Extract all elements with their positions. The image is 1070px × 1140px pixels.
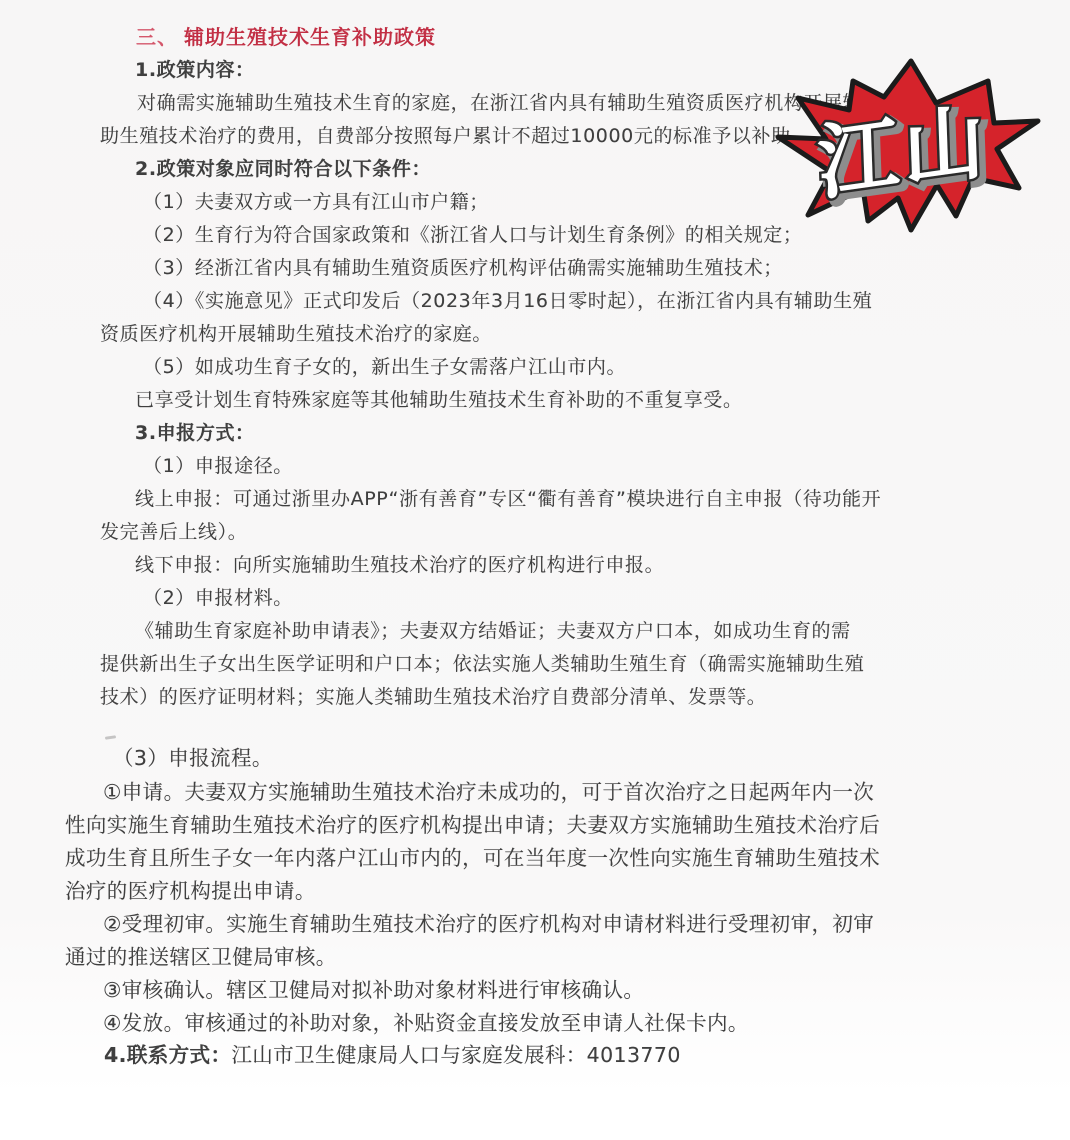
process-step-1: ①申请。夫妻双方实施辅助生殖技术治疗未成功的，可于首次治疗之日起两年内一次 bbox=[103, 781, 874, 805]
process-step-3: ③审核确认。辖区卫健局对拟补助对象材料进行审核确认。 bbox=[103, 979, 644, 1003]
condition-item-4-wrap: 资质医疗机构开展辅助生殖技术治疗的家庭。 bbox=[100, 324, 492, 346]
note-no-duplicate: 已享受计划生育特殊家庭等其他辅助生殖技术生育补助的不重复享受。 bbox=[135, 390, 743, 412]
section-title-text: 辅助生殖技术生育补助政策 bbox=[184, 25, 436, 49]
online-application-line: 线上申报：可通过浙里办APP“浙有善育”专区“衢有善育”模块进行自主申报（待功能… bbox=[135, 489, 881, 511]
heading-policy-content: 1.政策内容： bbox=[135, 60, 255, 82]
process-step-2-wrap: 通过的推送辖区卫健局审核。 bbox=[65, 946, 337, 970]
condition-item-5: （5）如成功生育子女的，新出生子女需落户江山市内。 bbox=[143, 357, 626, 379]
section-title: 三、辅助生殖技术生育补助政策 bbox=[136, 26, 436, 49]
materials-line-1: 《辅助生育家庭补助申请表》；夫妻双方结婚证；夫妻双方户口本，如成功生育的需 bbox=[135, 621, 851, 643]
condition-item-2: （2）生育行为符合国家政策和《浙江省人口与计划生育条例》的相关规定； bbox=[143, 225, 803, 247]
contact-label: 4.联系方式： bbox=[104, 1043, 231, 1067]
section-title-number: 三、 bbox=[136, 25, 178, 49]
online-application-wrap: 发完善后上线）。 bbox=[100, 522, 247, 544]
condition-item-3: （3）经浙江省内具有辅助生殖资质医疗机构评估确需实施辅助生殖技术； bbox=[143, 258, 783, 280]
jiangshan-stamp: 江山 江山 bbox=[768, 48, 1060, 250]
condition-item-1: （1）夫妻双方或一方具有江山市户籍； bbox=[143, 192, 489, 214]
process-step-4: ④发放。审核通过的补助对象，补贴资金直接发放至申请人社保卡内。 bbox=[103, 1012, 749, 1036]
heading-application-method: 3.申报方式： bbox=[135, 423, 255, 445]
document-page: 三、辅助生殖技术生育补助政策 1.政策内容： 对确需实施辅助生殖技术生育的家庭，… bbox=[0, 0, 1070, 1140]
paragraph-line: 对确需实施辅助生殖技术生育的家庭，在浙江省内具有辅助生殖资质医疗机构开展辅 bbox=[137, 93, 862, 115]
process-step-1-wrap-a: 性向实施生育辅助生殖技术治疗的医疗机构提出申请；夫妻双方实施辅助生殖技术治疗后 bbox=[65, 814, 880, 838]
offline-application-line: 线下申报：向所实施辅助生殖技术治疗的医疗机构进行申报。 bbox=[135, 555, 664, 577]
contact-value: 江山市卫生健康局人口与家庭发展科：4013770 bbox=[231, 1043, 680, 1067]
materials-line-2: 提供新出生子女出生医学证明和户口本；依法实施人类辅助生殖生育（确需实施辅助生殖 bbox=[100, 654, 864, 676]
process-step-1-wrap-c: 治疗的医疗机构提出申请。 bbox=[65, 880, 316, 904]
application-route-heading: （1）申报途径。 bbox=[143, 456, 293, 478]
application-materials-heading: （2）申报材料。 bbox=[143, 588, 293, 610]
materials-line-3: 技术）的医疗证明材料；实施人类辅助生殖技术治疗自费部分清单、发票等。 bbox=[100, 687, 766, 709]
contact-line: 4.联系方式：江山市卫生健康局人口与家庭发展科：4013770 bbox=[104, 1044, 681, 1068]
heading-policy-target: 2.政策对象应同时符合以下条件： bbox=[135, 159, 431, 181]
condition-item-4: （4）《实施意见》正式印发后（2023年3月16日零时起），在浙江省内具有辅助生… bbox=[143, 291, 872, 313]
scan-artifact bbox=[105, 735, 116, 740]
application-process-heading: （3）申报流程。 bbox=[113, 747, 273, 771]
process-step-1-wrap-b: 成功生育且所生子女一年内落户江山市内的，可在当年度一次性向实施生育辅助生殖技术 bbox=[65, 847, 880, 871]
process-step-2: ②受理初审。实施生育辅助生殖技术治疗的医疗机构对申请材料进行受理初审，初审 bbox=[103, 913, 874, 937]
paragraph-line: 助生殖技术治疗的费用，自费部分按照每户累计不超过10000元的标准予以补助。 bbox=[100, 126, 810, 148]
